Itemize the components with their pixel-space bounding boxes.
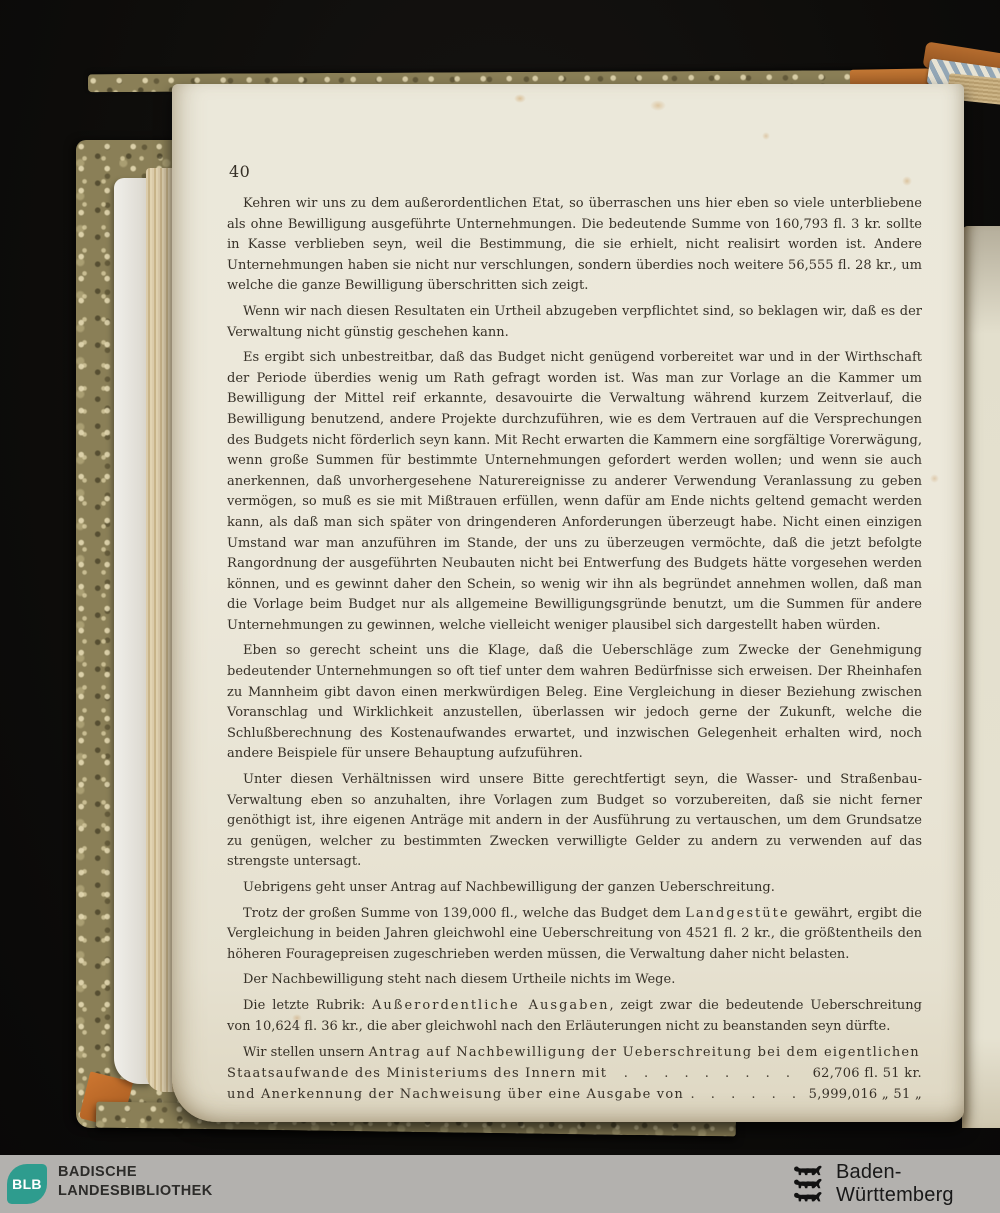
- paragraph-4: Eben so gerecht scheint uns die Klage, d…: [227, 641, 922, 765]
- motion-intro: Wir stellen unsern: [243, 1045, 369, 1060]
- book-page: 40 Kehren wir uns zu dem außerordentlich…: [172, 84, 964, 1122]
- paragraph-3: Es ergibt sich unbestreitbar, daß das Bu…: [227, 348, 922, 636]
- motion-line-1: Wir stellen unsern Antrag auf Nachbewill…: [227, 1042, 922, 1063]
- scanned-book-page-view: 40 Kehren wir uns zu dem außerordentlich…: [0, 0, 1000, 1213]
- library-name: BADISCHE LANDESBIBLIOTHEK: [58, 1163, 213, 1201]
- state-name: Baden-Württemberg: [836, 1161, 1000, 1207]
- library-name-line2: LANDESBIBLIOTHEK: [58, 1182, 213, 1201]
- motion-with-amounts: Wir stellen unsern Antrag auf Nachbewill…: [227, 1042, 922, 1105]
- paper-stain: [514, 94, 526, 103]
- bw-coat-of-arms-icon: [792, 1161, 826, 1207]
- amount-row-2-value: 5,999,016 „ 51 „: [809, 1084, 922, 1105]
- emphasis-landgestuete: Landgestüte: [685, 906, 789, 921]
- amount-row-1-value: 62,706 fl. 51 kr.: [813, 1063, 922, 1084]
- dot-leader: . . . . . . . . .: [607, 1063, 812, 1084]
- paragraph-7-pre: Trotz der großen Summe von 139,000 fl., …: [243, 906, 685, 921]
- blb-logo-text: BLB: [12, 1176, 42, 1192]
- paragraph-6: Uebrigens geht unser Antrag auf Nachbewi…: [227, 878, 922, 899]
- dot-leader: . . . . . .: [684, 1084, 809, 1105]
- blb-logo: BLB: [7, 1164, 47, 1204]
- motion-line-1-spaced: Antrag auf Nachbewilligung der Ueberschr…: [369, 1045, 920, 1060]
- paragraph-9: Die letzte Rubrik: Außerordentliche Ausg…: [227, 996, 922, 1037]
- paper-stain: [650, 100, 666, 111]
- facing-page-edge: [962, 226, 1000, 1128]
- emphasis-ausserordentliche-ausgaben: Außerordentliche Ausgaben: [372, 998, 610, 1013]
- paper-stain: [762, 132, 770, 140]
- amount-row-1-label: Staatsaufwande des Ministeriums des Inne…: [227, 1063, 607, 1084]
- paragraph-2: Wenn wir nach diesen Resultaten ein Urth…: [227, 302, 922, 343]
- paragraph-5: Unter diesen Verhältnissen wird unsere B…: [227, 770, 922, 873]
- page-number: 40: [229, 162, 922, 181]
- viewer-footer-bar: BLB BADISCHE LANDESBIBLIOTHEK Baden-Würt…: [0, 1155, 1000, 1213]
- paragraph-7: Trotz der großen Summe von 139,000 fl., …: [227, 904, 922, 966]
- paragraph-1: Kehren wir uns zu dem außerordentlichen …: [227, 194, 922, 297]
- amount-row-1: Staatsaufwande des Ministeriums des Inne…: [227, 1063, 922, 1084]
- paragraph-8: Der Nachbewilligung steht nach diesem Ur…: [227, 970, 922, 991]
- amount-row-2-label: und Anerkennung der Nachweisung über ein…: [227, 1084, 684, 1105]
- library-name-line1: BADISCHE: [58, 1163, 213, 1182]
- amount-row-2: und Anerkennung der Nachweisung über ein…: [227, 1084, 922, 1105]
- paragraph-9-pre: Die letzte Rubrik:: [243, 998, 372, 1013]
- paper-stain: [930, 474, 939, 483]
- state-branding: Baden-Württemberg: [792, 1161, 1000, 1207]
- page-text-block: Kehren wir uns zu dem außerordentlichen …: [227, 194, 922, 1105]
